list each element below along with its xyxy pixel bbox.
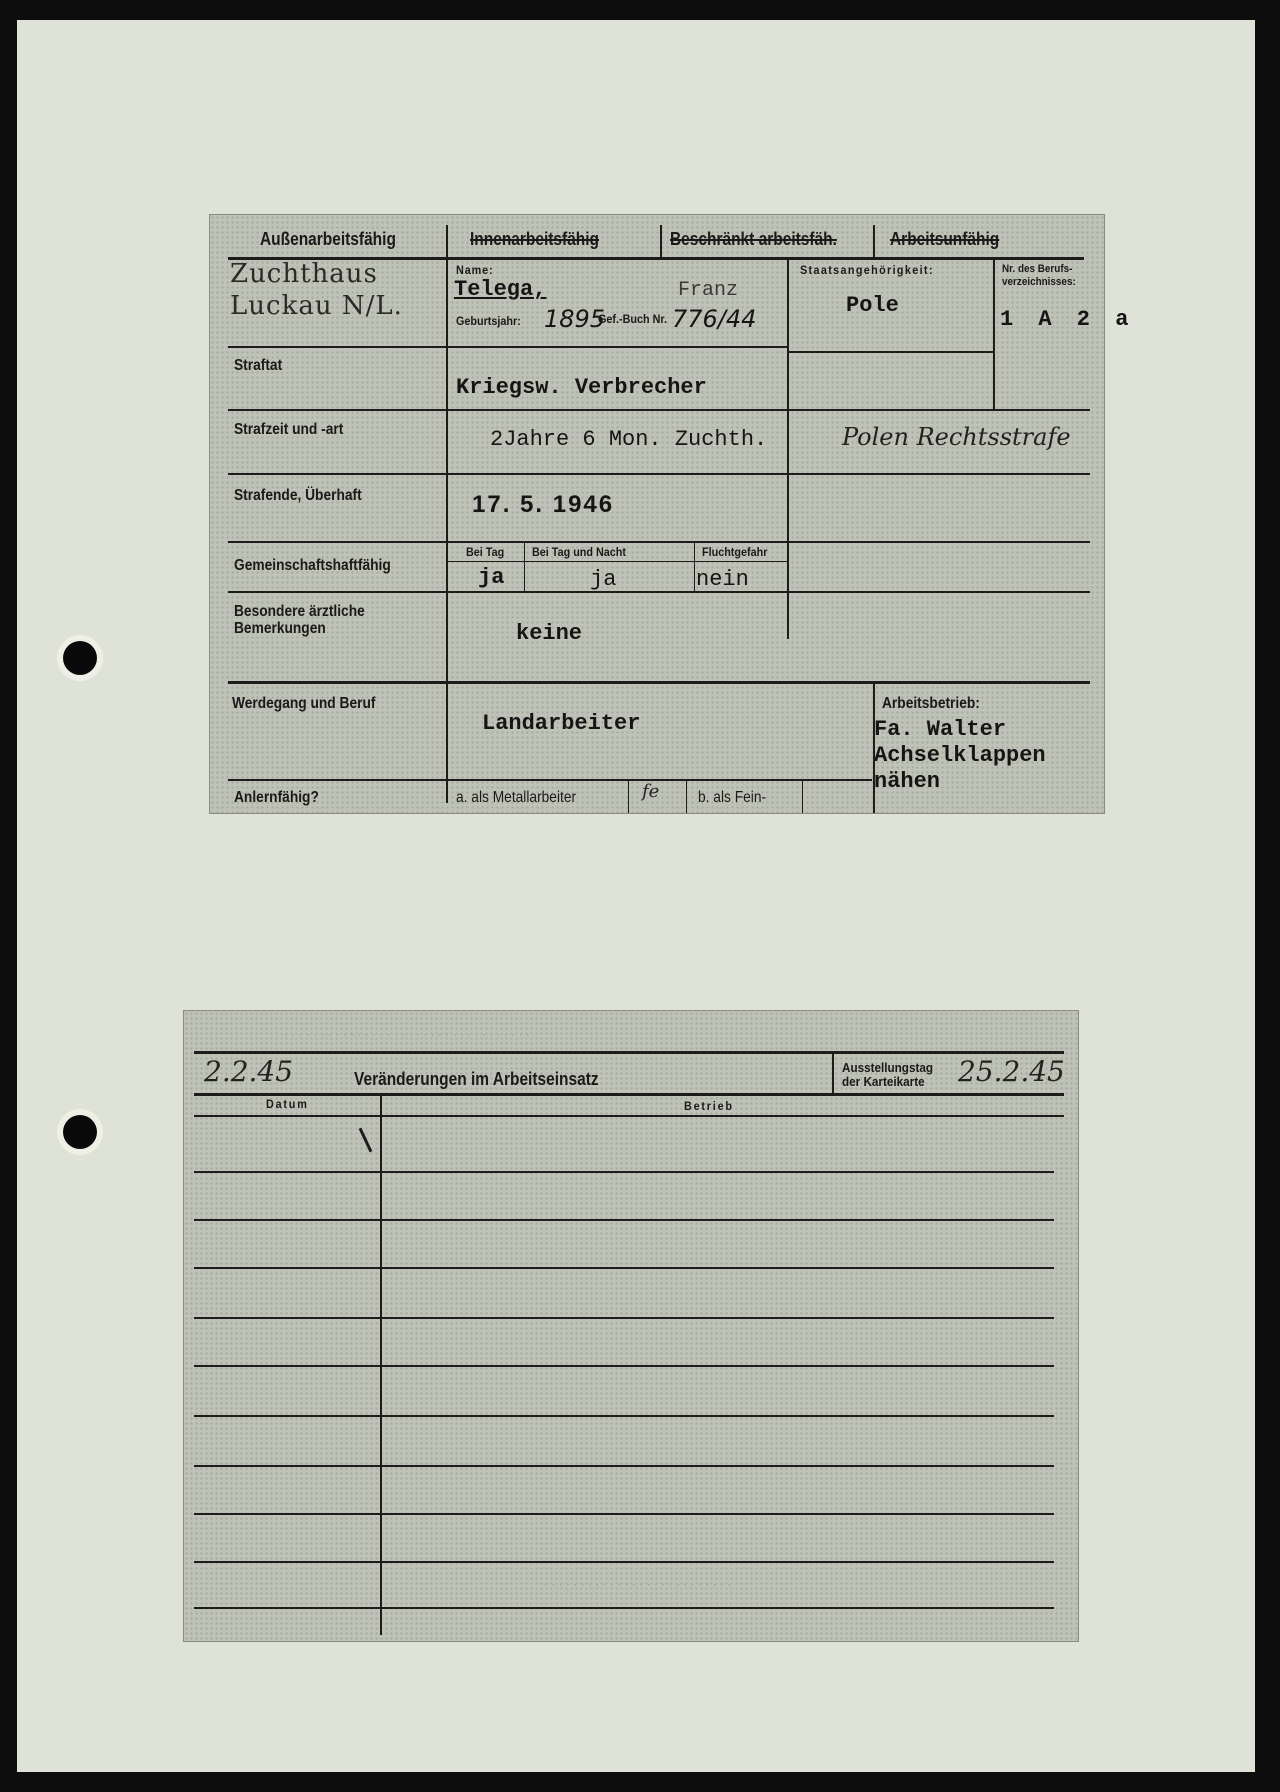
name-label: Name: [456, 263, 494, 277]
divider [787, 351, 993, 353]
divider [694, 543, 695, 591]
divider [660, 225, 662, 259]
change-date: 2.2.45 [204, 1055, 293, 1088]
header-indoor-work: Innenarbeitsfähig [470, 229, 599, 250]
table-row-line [194, 1513, 1054, 1515]
surname: Telega, [454, 277, 546, 302]
table-row-line [194, 1415, 1054, 1417]
divider [787, 259, 789, 639]
divider [448, 561, 788, 562]
book-number-label: Gef.-Buch Nr. [598, 312, 667, 326]
table-row-line [194, 1267, 1054, 1269]
medical-label-line1: Besondere ärztliche [234, 603, 365, 620]
card-title: Veränderungen im Arbeitseinsatz [354, 1069, 599, 1090]
header-unfit-work: Arbeitsunfähig [890, 229, 999, 250]
trainable-metal: a. als Metallarbeiter [456, 789, 576, 807]
occupation-index-label-line2: verzeichnisses: [1002, 276, 1076, 289]
divider [228, 473, 1090, 475]
punch-hole [63, 641, 97, 675]
institution-stamp-line2: Luckau N/L. [230, 291, 403, 321]
table-row-line [194, 1171, 1054, 1173]
divider [194, 1051, 1064, 1054]
work-assignment-card: · · · · · · · · · · · · · · · · · · · · … [183, 1010, 1079, 1642]
table-row-line [194, 1219, 1054, 1221]
sentence-end-label: Strafende, Überhaft [234, 487, 362, 505]
offense-label: Straftat [234, 357, 282, 375]
prisoner-index-card: Außenarbeitsfähig Innenarbeitsfähig Besc… [209, 214, 1105, 814]
workplace-label: Arbeitsbetrieb: [882, 695, 980, 713]
divider [802, 781, 803, 813]
nationality-label: Staatsangehörigkeit: [800, 263, 934, 277]
divider [194, 1115, 1064, 1117]
career-label: Werdegang und Beruf [232, 695, 375, 713]
show-through-text: · · · · · · · · · · · · · · · · · · · · … [544, 1577, 731, 1591]
divider [228, 779, 872, 781]
table-row-line [194, 1607, 1054, 1609]
column-header-date: Datum [266, 1097, 309, 1111]
escape-label: Fluchtgefahr [702, 545, 767, 559]
trainable-fine: b. als Fein- [698, 789, 766, 807]
document-page: Außenarbeitsfähig Innenarbeitsfähig Besc… [17, 20, 1255, 1772]
divider [993, 259, 995, 409]
issue-date-label-line1: Ausstellungstag [842, 1061, 933, 1075]
day-label: Bei Tag [466, 545, 504, 559]
divider [194, 1093, 1064, 1096]
day-night-value: ja [590, 567, 616, 592]
header-limited-work: Beschränkt arbeitsfäh. [670, 229, 837, 250]
show-through-text: · · · · · · · · · · · · · · · · · · · · … [284, 1027, 530, 1041]
firstname: Franz [678, 279, 738, 302]
sentence-label: Strafzeit und -art [234, 421, 343, 439]
occupation-index: 1 A 2 a [1000, 307, 1134, 332]
sentence: 2Jahre 6 Mon. Zuchth. [490, 427, 767, 452]
table-row-line [194, 1561, 1054, 1563]
occupation-index-label-line1: Nr. des Berufs- [1002, 263, 1076, 276]
nationality: Pole [846, 293, 899, 318]
issue-date-label: Ausstellungstag der Karteikarte [842, 1061, 933, 1089]
divider [832, 1053, 834, 1093]
institution-stamp-line1: Zuchthaus [230, 259, 378, 289]
handwritten-mark [359, 1128, 373, 1153]
divider [628, 781, 629, 813]
divider [686, 781, 687, 813]
header-outdoor-work: Außenarbeitsfähig [260, 229, 396, 250]
divider [446, 259, 448, 803]
workplace: Fa. Walter Achselklappen nähen [874, 717, 1046, 795]
punch-hole [63, 1115, 97, 1149]
divider [228, 346, 788, 348]
divider [446, 225, 448, 259]
day-night-label: Bei Tag und Nacht [532, 545, 626, 559]
column-header-company: Betrieb [684, 1099, 734, 1113]
medical-value: keine [516, 621, 582, 646]
medical-label-line2: Bemerkungen [234, 620, 365, 637]
book-number: 776/44 [672, 305, 756, 333]
issue-date-label-line2: der Karteikarte [842, 1075, 933, 1089]
issue-date: 25.2.45 [958, 1055, 1065, 1088]
sentence-handwritten-note: Polen Rechtsstrafe [842, 423, 1071, 451]
divider [228, 591, 1090, 593]
day-value: ja [478, 565, 504, 590]
occupation-index-label: Nr. des Berufs- verzeichnisses: [1002, 263, 1076, 289]
workplace-line3: nähen [874, 769, 1046, 795]
trainable-label: Anlernfähig? [234, 789, 319, 807]
trainable-mark: fe [642, 781, 659, 802]
career: Landarbeiter [482, 711, 640, 736]
divider [524, 543, 525, 591]
divider [228, 409, 1090, 411]
medical-label: Besondere ärztliche Bemerkungen [234, 603, 365, 637]
table-row-line [194, 1317, 1054, 1319]
divider [228, 681, 1090, 684]
table-row-line [194, 1465, 1054, 1467]
escape-value: nein [696, 567, 749, 592]
birth-year-label: Geburtsjahr: [456, 314, 521, 328]
divider [873, 225, 875, 259]
communal-label: Gemeinschaftshaftfähig [234, 557, 391, 575]
table-row-line [194, 1365, 1054, 1367]
workplace-line2: Achselklappen [874, 743, 1046, 769]
sentence-end: 17. 5. 1946 [472, 491, 614, 519]
birth-year: 1895 [544, 305, 605, 333]
divider [228, 541, 1090, 543]
offense: Kriegsw. Verbrecher [456, 375, 707, 400]
workplace-line1: Fa. Walter [874, 717, 1046, 743]
